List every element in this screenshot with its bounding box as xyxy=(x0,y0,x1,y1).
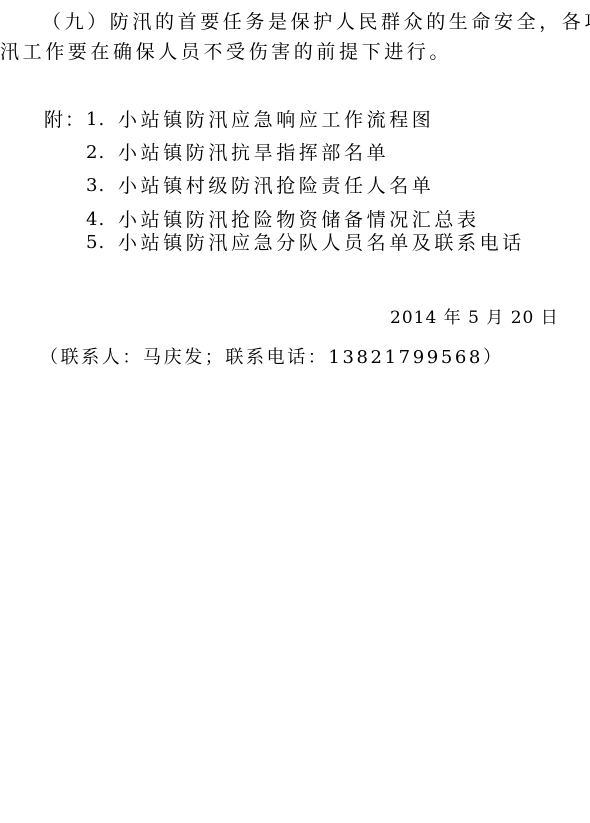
paragraph-line-1: （九）防汛的首要任务是保护人民群众的生命安全，各项防 xyxy=(42,11,590,33)
paragraph-line-2: 汛工作要在确保人员不受伤害的前提下进行。 xyxy=(0,41,452,63)
attachment-number: 3. xyxy=(86,175,105,197)
attachment-item: 小站镇防汛应急响应工作流程图 xyxy=(118,109,434,131)
attachment-number: 1. xyxy=(86,109,105,131)
contact-info: （联系人：马庆发；联系电话：13821799568） xyxy=(40,347,504,369)
document-date: 2014 年 5 月 20 日 xyxy=(390,307,559,329)
attachment-number: 2. xyxy=(86,142,105,164)
attachment-number: 4. xyxy=(86,209,105,231)
attachment-number: 5. xyxy=(86,232,105,254)
attachment-item: 小站镇防汛抢险物资储备情况汇总表 xyxy=(118,209,480,231)
attachments-label: 附： xyxy=(44,109,86,131)
attachment-item: 小站镇村级防汛抢险责任人名单 xyxy=(118,175,434,197)
attachment-item: 小站镇防汛抗旱指挥部名单 xyxy=(118,142,389,164)
attachment-item: 小站镇防汛应急分队人员名单及联系电话 xyxy=(118,232,525,254)
